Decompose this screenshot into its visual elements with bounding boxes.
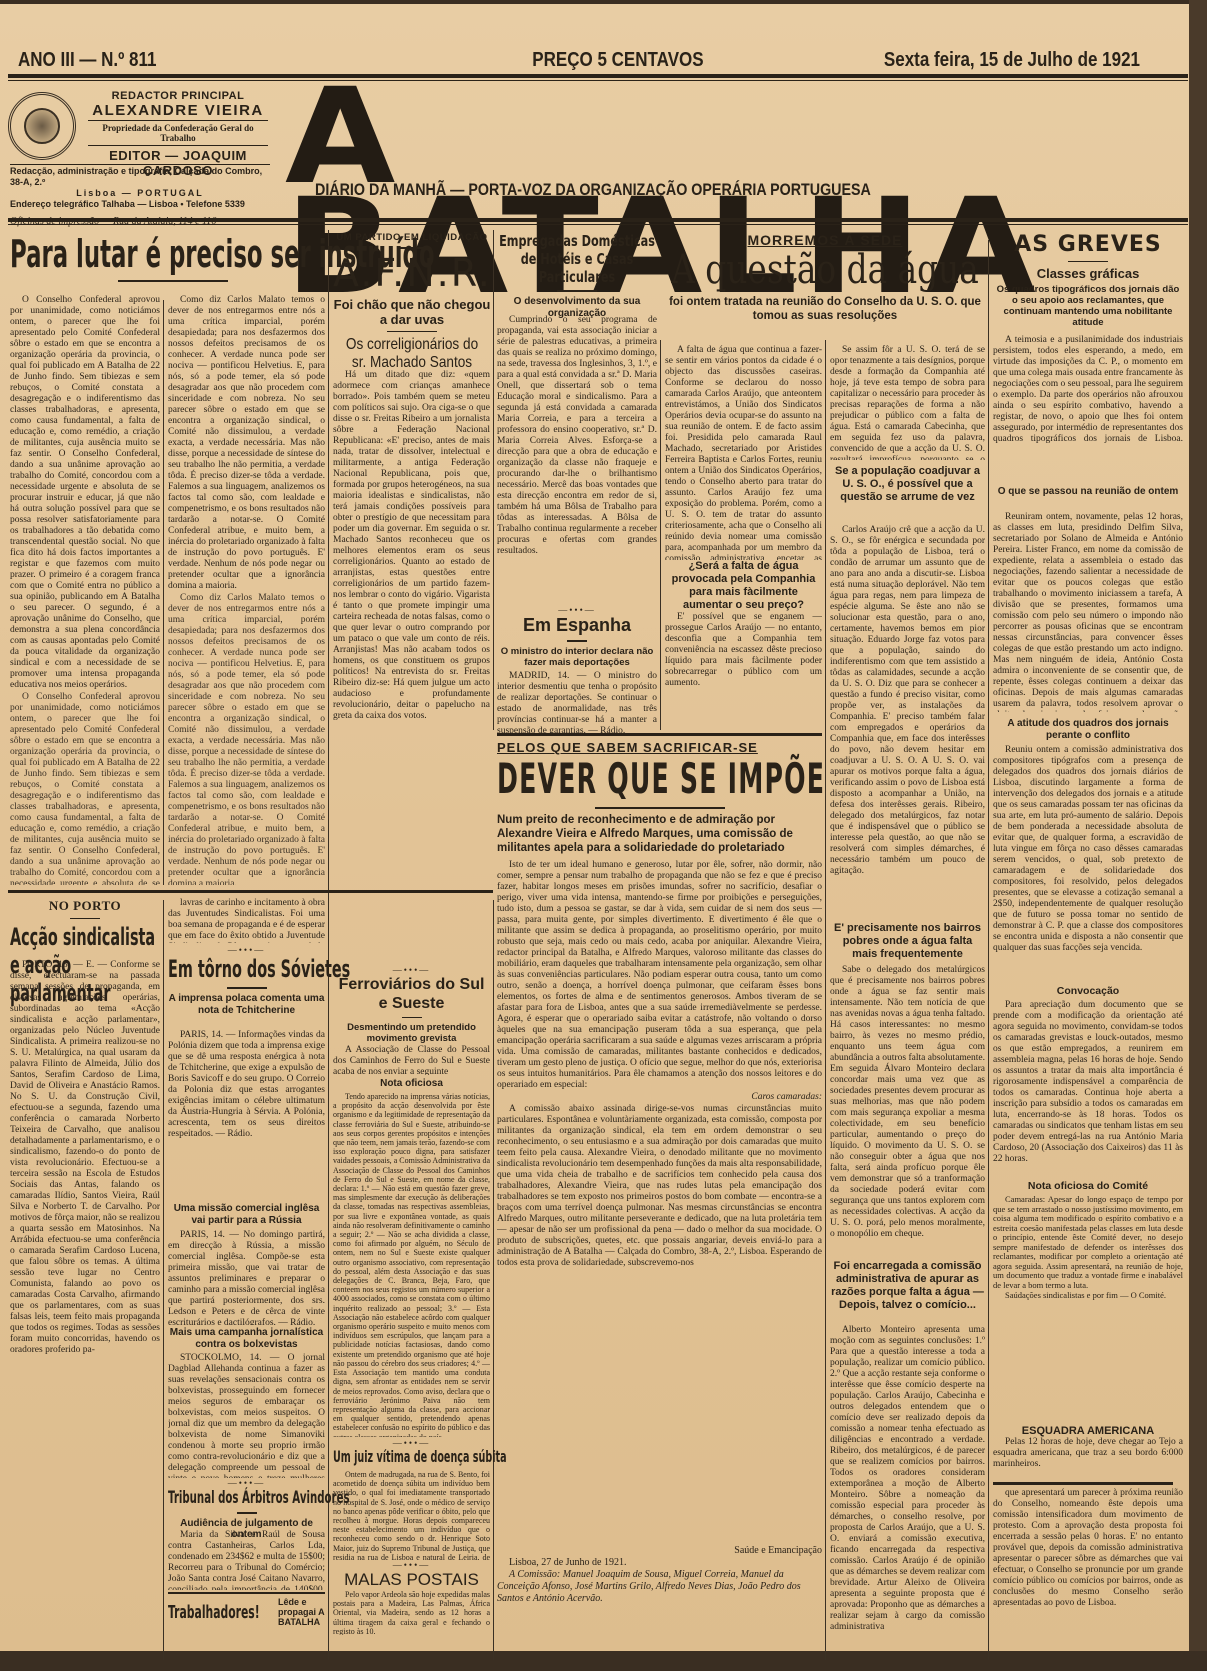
sovietes-subhead2-block: Uma missão comercial inglêsa vai partir …: [168, 1203, 325, 1227]
issue-number: ANO III — N.º 811: [18, 49, 156, 72]
article-body: A teimosia e a pusilanimidade dos indust…: [993, 335, 1183, 445]
headline-instruido: Para lutar é preciso ser instruído: [10, 232, 325, 276]
agua-headline: A questão da água: [669, 248, 981, 292]
article-body: Para apreciação dum documento que se pre…: [993, 1000, 1183, 1165]
greves-subhead: Classes gráficas: [993, 266, 1183, 281]
greves-headline: AS GREVES: [993, 232, 1183, 257]
greves-deck: Os quadros tipográficos dos jornais dão …: [993, 284, 1183, 328]
article-body: Reuniu ontem a comissão administrativa d…: [993, 745, 1183, 954]
divider: [168, 1592, 325, 1594]
agua-subhead3: Se a população coadjuvar a U. S. O., é p…: [830, 465, 985, 504]
porto-continued: lavras de carinho e incitamento à obra d…: [168, 898, 325, 943]
article-body: Pelas 12 horas de hoje, deve chegar ao T…: [993, 1437, 1183, 1470]
article-body: Alberto Monteiro apresenta uma moção com…: [830, 1325, 985, 1633]
ferroviarios-subhead: Desmentindo um pretendido movimento grev…: [333, 1022, 490, 1044]
divider: [567, 640, 587, 642]
agua-col2c: Sabe o delegado dos metalúrgicos que é p…: [830, 965, 985, 1255]
dever-body: Isto de ter um ideal humano e generoso, …: [497, 860, 822, 1520]
malas-headline: MALAS POSTAIS: [333, 1570, 490, 1590]
greves-subhead2-block: O que se passou na reunião de ontem: [993, 486, 1183, 498]
article-body: lavras de carinho e incitamento à obra d…: [168, 898, 325, 943]
agua-col2b: Carlos Araújo crê que a acção da U. S. O…: [830, 525, 985, 915]
ornament-divider: —•••—: [168, 945, 325, 955]
agua-subhead4-block: E' precisamente nos bairros pobres onde …: [830, 922, 985, 961]
sovietes-subhead3: Mais uma campanha jornalística contra os…: [168, 1327, 325, 1351]
header-bottom-rule-thin: [8, 224, 1188, 225]
city: Lisboa — PORTUGAL: [10, 188, 270, 199]
header-bottom-rule: [8, 218, 1188, 222]
greves-body1: A teimosia e a pusilanimidade dos indust…: [993, 335, 1183, 445]
divider: [237, 1512, 257, 1514]
greves-subhead5: Nota oficiosa do Comité: [993, 1180, 1183, 1192]
divider: [8, 890, 493, 893]
ferroviarios-headline: Ferroviários do Sul e Sueste: [333, 975, 490, 1013]
promo-big: Trabalhadores!: [168, 1602, 210, 1623]
editor-name: ALEXANDRE VIEIRA: [88, 102, 268, 121]
telegraph: Endereço telegráfico Talhaba — Lisboa • …: [10, 199, 270, 210]
article-body: Pelo vapor Ardeola são hoje expedidas ma…: [333, 1590, 490, 1635]
article-body: Camaradas: Apesar do longo espaço de tem…: [993, 1195, 1183, 1290]
masthead-top-line: ANO III — N.º 811 PREÇO 5 CENTAVOS Sexta…: [18, 48, 1140, 72]
article-body: E' possível que se enganem — prossegue C…: [665, 612, 822, 689]
article-body: O Conselho Confederal aprovou por unanim…: [10, 295, 160, 691]
afnr-subhead: Os correligionários do sr. Machado Santo…: [345, 336, 479, 372]
greves-subhead3: A atitude dos quadros dos jornais perant…: [993, 718, 1183, 742]
article-body: Tendo aparecido na imprensa várias notíc…: [333, 1092, 490, 1437]
divider: [557, 290, 597, 292]
top-border: [0, 0, 1207, 4]
sovietes-body: PARIS, 14. — Informações vindas da Polón…: [168, 1030, 325, 1200]
article-sign: Saúdações sindicalistas e por fim — O Co…: [993, 1291, 1183, 1301]
dever-closing: Saúde e Emancipação: [497, 1545, 822, 1557]
juiz-body: Ontem de madrugada, na rua de S. Bento, …: [333, 1470, 490, 1560]
headline-underline: [118, 280, 228, 282]
article-body: A Associação de Classe do Pessoal dos Ca…: [333, 1045, 490, 1075]
esquadra-headline: ESQUADRA AMERICANA: [993, 1425, 1183, 1437]
divider: [993, 1482, 1173, 1485]
column-divider: [163, 300, 164, 885]
sovietes-subhead: A imprensa polaca comenta uma nota de Tc…: [168, 993, 325, 1017]
article-body: Como diz Carlos Malato temos o dever de …: [168, 593, 325, 885]
agua-subhead2: ¿Será a falta de água provocada pela Com…: [665, 560, 822, 612]
promo-small: Lêde e propagai A BATALHA: [278, 1597, 328, 1627]
article-greves-header: AS GREVES Classes gráficas Os quadros ti…: [993, 232, 1183, 328]
sovietes-subhead3-block: Mais uma campanha jornalística contra os…: [168, 1327, 325, 1351]
tribunal-headline: Tribunal dos Árbitros Avindores: [168, 1488, 325, 1508]
article-body: STOCKOLMO, 14. — O jornal Dagblad Alleha…: [168, 1353, 325, 1478]
afnr-deck: Foi chão que não chegou a dar uvas: [333, 297, 491, 327]
masthead-rule: [8, 74, 1188, 78]
dever-date: Lisboa, 27 de Junho de 1921.: [497, 1557, 822, 1569]
agua-subhead4: E' precisamente nos bairros pobres onde …: [830, 922, 985, 961]
letter-salutation: Caros camaradas:: [497, 1092, 822, 1103]
article-body: A falta de água que continua a fazer-se …: [665, 345, 822, 560]
address: Redacção, administração e tipografia, Ca…: [10, 166, 270, 188]
agua-col2: Se assim fôr a U. S. O. terá de se opor …: [830, 345, 985, 460]
divider: [227, 987, 267, 989]
property-line: Propriedade da Confederação Geral do Tra…: [88, 121, 268, 146]
agua-subhead5-block: Foi encarregada a comissão administrativ…: [830, 1260, 985, 1312]
article-empregadas-header: Empregadas Domésticas de Hotéis e Casas …: [497, 232, 657, 320]
agua-deck: foi ontem tratada na reunião do Conselho…: [665, 295, 985, 323]
column-divider: [660, 340, 661, 730]
agua-subhead2-block: ¿Será a falta de água provocada pela Com…: [665, 560, 822, 690]
article-instruido-col2: Como diz Carlos Malato temos o dever de …: [168, 295, 325, 885]
article-afnr-header: UM PARTIDO EM LIQUIDAÇÃO A.F.N.R. Foi ch…: [333, 232, 491, 372]
greves-subhead3-block: A atitude dos quadros dos jornais perant…: [993, 718, 1183, 742]
divider: [1068, 261, 1108, 262]
article-agua-header: MORREMOS Á SEDE A questão da água foi on…: [665, 232, 985, 323]
editor-rule: [10, 164, 270, 165]
greves-subhead5-block: Nota oficiosa do Comité: [993, 1180, 1183, 1192]
newspaper-subtitle: DIÁRIO DA MANHÃ — PORTA-VOZ DA ORGANIZAÇ…: [315, 180, 987, 200]
newspaper-title: A BATALHA: [285, 82, 1149, 192]
letter-body: A comissão abaixo assinada dirige-se-vos…: [497, 1104, 822, 1269]
dever-closing-block: Saúde e Emancipação Lisboa, 27 de Junho …: [497, 1545, 822, 1605]
divider: [70, 918, 100, 919]
article-body: PARIS, 14. — No domingo partirá, em dire…: [168, 1230, 325, 1325]
masthead-rule-thin: [8, 80, 1188, 81]
greves-body4: Para apreciação dum documento que se pre…: [993, 1000, 1183, 1175]
espanha-headline: Em Espanha: [497, 615, 657, 636]
editor-role: REDACTOR PRINCIPAL: [88, 90, 268, 102]
article-body: O Conselho Confederal aprovou por unanim…: [10, 692, 160, 885]
cgt-seal-icon: [8, 92, 76, 160]
sovietes-body2: PARIS, 14. — No domingo partirá, em dire…: [168, 1230, 325, 1325]
porto-kicker: NO PORTO: [10, 898, 160, 914]
greves-subhead2: O que se passou na reunião de ontem: [993, 486, 1183, 498]
article-body: MADRID, 14. — O ministro do interior des…: [497, 671, 657, 737]
article-ferroviarios-header: —•••— Ferroviários do Sul e Sueste Desme…: [333, 965, 490, 1044]
ferroviarios-intro: A Associação de Classe do Pessoal dos Ca…: [333, 1045, 490, 1075]
greves-subhead4-block: Convocação: [993, 985, 1183, 997]
agua-col2d: Alberto Monteiro apresenta uma moção com…: [830, 1325, 985, 1660]
greves-body2: Reuniram ontem, novamente, pelas 12 hora…: [993, 512, 1183, 712]
column-divider: [328, 230, 329, 1660]
sovietes-body3: STOCKOLMO, 14. — O jornal Dagblad Alleha…: [168, 1353, 325, 1478]
article-body: Reuniram ontem, novamente, pelas 12 hora…: [993, 512, 1183, 712]
article-body: Há um ditado que diz: «quem adormece com…: [333, 370, 490, 722]
ornament-divider: —•••—: [168, 1478, 325, 1488]
article-body: Cumprindo o seu programa de propaganda, …: [497, 315, 657, 557]
agua-continued: que apresentará um parecer à próxima reu…: [993, 1488, 1183, 1663]
article-body: Maria da Silva e Raúl de Sousa contra Ca…: [168, 1530, 325, 1590]
sovietes-subhead2: Uma missão comercial inglêsa vai partir …: [168, 1203, 325, 1227]
afnr-kicker: UM PARTIDO EM LIQUIDAÇÃO: [333, 232, 491, 243]
ferroviarios-subhead2: Nota oficiosa: [333, 1078, 490, 1089]
greves-body3: Reuniu ontem a comissão administrativa d…: [993, 745, 1183, 965]
agua-subhead5: Foi encarregada a comissão administrativ…: [830, 1260, 985, 1312]
article-esquadra: ESQUADRA AMERICANA Pelas 12 horas de hoj…: [993, 1425, 1183, 1471]
newspaper-page: ANO III — N.º 811 PREÇO 5 CENTAVOS Sexta…: [0, 0, 1207, 1671]
article-body: PORTO, 13. — E. — Conforme se disse, efe…: [10, 960, 160, 1356]
article-instruido-col1: O Conselho Confederal aprovou por unanim…: [10, 295, 160, 885]
page-edge: [1189, 0, 1207, 1671]
article-juiz-header: —•••— Um juiz vítima de doença súbita: [333, 1438, 490, 1466]
dever-deck: Num preito de reconhecimento e de admira…: [497, 813, 822, 855]
article-body: Se assim fôr a U. S. O. terá de se opor …: [830, 345, 985, 460]
empregadas-headline: Empregadas Domésticas de Hotéis e Casas …: [497, 232, 658, 286]
column-divider: [825, 340, 826, 1660]
column-divider: [493, 230, 494, 730]
greves-subhead4: Convocação: [993, 985, 1183, 997]
dever-headline: DEVER QUE SE IMPÕE: [497, 755, 821, 803]
juiz-headline: Um juiz vítima de doença súbita: [333, 1448, 490, 1466]
article-dever-header: PELOS QUE SABEM SACRIFICAR-SE DEVER QUE …: [497, 740, 822, 855]
article-sovietes-header: —•••— Em tôrno dos Sóvietes A imprensa p…: [168, 945, 325, 1017]
agua-col1: A falta de água que continua a fazer-se …: [665, 345, 822, 560]
article-body: Como diz Carlos Malato temos o dever de …: [168, 295, 325, 592]
column-divider: [493, 900, 494, 1660]
greves-body5: Camaradas: Apesar do longo espaço de tem…: [993, 1195, 1183, 1400]
article-body: Isto de ter um ideal humano e generoso, …: [497, 860, 822, 1091]
tribunal-body: Maria da Silva e Raúl de Sousa contra Ca…: [168, 1530, 325, 1590]
esquadra-body: Pelas 12 horas de hoje, deve chegar ao T…: [993, 1437, 1183, 1471]
espanha-body: MADRID, 14. — O ministro do interior des…: [497, 671, 657, 738]
espanha-subhead: O ministro do interior declara não fazer…: [497, 646, 657, 668]
divider: [387, 331, 437, 332]
agua-col1b: E' possível que se enganem — prossegue C…: [665, 612, 822, 690]
sovietes-headline: Em tôrno dos Sóvietes: [168, 955, 325, 983]
ornament-divider: —•••—: [333, 1560, 490, 1570]
article-body: PARIS, 14. — Informações vindas da Polón…: [168, 1030, 325, 1140]
porto-body: PORTO, 13. — E. — Conforme se disse, efe…: [10, 960, 160, 1660]
article-espanha: —•••— Em Espanha O ministro do interior …: [497, 605, 657, 738]
article-empregadas-body: Cumprindo o seu programa de propaganda, …: [497, 315, 657, 570]
dever-signatures: A Comissão: Manuel Joaquim de Sousa, Mig…: [497, 1569, 822, 1605]
article-malas-header: —•••— MALAS POSTAIS: [333, 1560, 490, 1590]
column-divider: [163, 900, 164, 1660]
ornament-divider: —•••—: [333, 965, 490, 975]
article-instruido-header: Para lutar é preciso ser instruído: [10, 232, 325, 282]
divider: [402, 1017, 422, 1018]
agua-subhead3-block: Se a população coadjuvar a U. S. O., é p…: [830, 465, 985, 504]
afnr-headline: A.F.N.R.: [333, 253, 491, 293]
dever-kicker: PELOS QUE SABEM SACRIFICAR-SE: [497, 740, 822, 755]
divider: [497, 733, 822, 736]
promo-block: Trabalhadores! Lêde e propagai A BATALHA: [168, 1597, 328, 1627]
date: Sexta feira, 15 de Julho de 1921: [884, 49, 1140, 72]
article-afnr-body: Há um ditado que diz: «quem adormece com…: [333, 370, 490, 935]
divider: [397, 247, 427, 249]
malas-body: Pelo vapor Ardeola são hoje expedidas ma…: [333, 1590, 490, 1635]
article-body: Ontem de madrugada, na rua de S. Bento, …: [333, 1470, 490, 1560]
ornament-divider: —•••—: [497, 605, 657, 615]
article-body: Sabe o delegado dos metalúrgicos que é p…: [830, 965, 985, 1240]
agua-kicker: MORREMOS Á SEDE: [665, 232, 985, 248]
article-body: que apresentará um parecer à próxima reu…: [993, 1488, 1183, 1609]
column-divider: [988, 240, 989, 1660]
divider: [595, 807, 725, 809]
price: PREÇO 5 CENTAVOS: [532, 49, 703, 72]
article-body: Carlos Araújo crê que a acção da U. S. O…: [830, 525, 985, 877]
ferroviarios-body: Tendo aparecido na imprensa várias notíc…: [333, 1092, 490, 1437]
